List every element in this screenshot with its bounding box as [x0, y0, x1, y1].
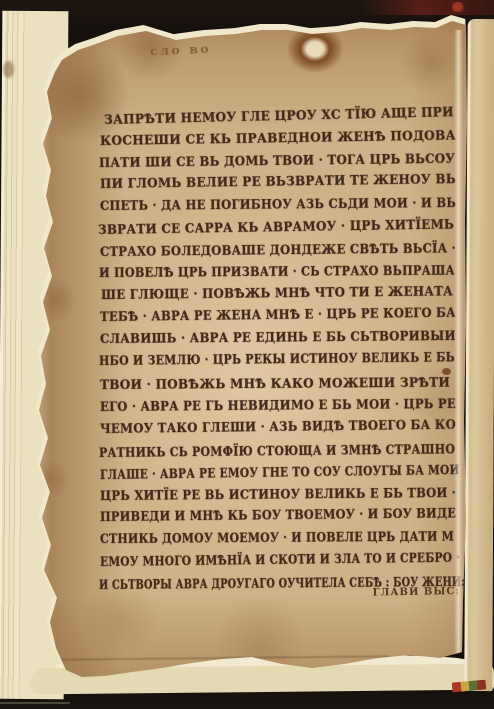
- page-curl-highlight: [454, 30, 463, 655]
- parchment-page: сло во ЗАПРѢТИ НЕМОУ ГЛЕ ЦРОУ ХС ТЇЮ АЩЕ…: [0, 0, 494, 709]
- manuscript-photo: сло во ЗАПРѢТИ НЕМОУ ГЛЕ ЦРОУ ХС ТЇЮ АЩЕ…: [0, 0, 494, 709]
- text-block: ЗАПРѢТИ НЕМОУ ГЛЕ ЦРОУ ХС ТЇЮ АЩЕ ПРИКОС…: [0, 0, 494, 709]
- manuscript-line: И ПОВЕЛѢ ЦРЬ ПРИЗВАТИ · СЬ СТРАХО ВЬПРАШ…: [99, 263, 455, 280]
- manuscript-line: СТНИКЬ ДОМОУ МОЕМОУ · И ПОВЕЛЕ ЦРЬ ДАТИ …: [100, 529, 454, 546]
- manuscript-line: ТВОИ · ПОВѢЖЬ МНѢ КАКО МОЖЕШИ ЗРѢТИ: [100, 376, 450, 393]
- facing-page-sliver: [464, 19, 494, 691]
- footer-note: ГЛАВИ ВЫС:: [352, 586, 460, 599]
- manuscript-line: РАТНИКЬ СЬ РОМФЇЮ СТОЮЩА И ЗМНѢ СТРАШНО: [99, 442, 455, 461]
- table-edge-line: [0, 702, 70, 704]
- headband-stripe-darkred: [477, 680, 487, 691]
- margin-smudge: [3, 61, 14, 78]
- manuscript-line: ЕМОУ МНОГО ИМѢНЇА И СКОТИ И ЗЛА ТО И СРЕ…: [100, 551, 460, 570]
- manuscript-line: ГЛАШЕ · АВРА РЕ ЕМОУ ГНЕ ТО СОУ СЛОУГЫ Б…: [100, 463, 460, 483]
- manuscript-line: ЕГО · АВРА РЕ ГЬ НЕВИДИМО Е БЬ МОИ · ЦРЬ…: [100, 397, 456, 415]
- manuscript-line: ТЕБѢ · АВРА РЕ ЖЕНА МНѢ Е · ЦРЬ РЕ КОЕГО…: [100, 306, 456, 325]
- headband-top: [452, 2, 466, 12]
- manuscript-line: КОСНЕШИ СЕ КЬ ПРАВЕДНОИ ЖЕНѢ ПОДОВА: [100, 129, 456, 150]
- manuscript-line: СТРАХО БОЛЕДОВАШЕ ДОНДЕЖЕ СВѢТЬ ВЬСЇА ·: [100, 241, 456, 260]
- manuscript-line: СЛАВИШЬ · АВРА РЕ ЕДИНЬ Е БЬ СЬТВОРИВЫИ: [100, 329, 456, 347]
- ink-blot: [442, 368, 451, 375]
- manuscript-line: ЦРЬ ХИТЇЕ РЕ ВЬ ИСТИНОУ ВЕЛИКЬ Е БЬ ТВОИ…: [100, 486, 456, 504]
- manuscript-line: ПАТИ ШИ СЕ ВЬ ДОМЬ ТВОИ · ТОГА ЦРЬ ВЬСОУ: [99, 152, 455, 171]
- manuscript-line: ШЕ ГЛЮЩЕ · ПОВѢЖЬ МНѢ ЧТО ТИ Е ЖЕНАТА: [101, 284, 453, 303]
- manuscript-line: СПЕТЬ · ДА НЕ ПОГИБНОУ АЗЬ СЬДИ МОИ · И …: [100, 196, 456, 214]
- binding-shadow: [360, 0, 494, 15]
- manuscript-line: ЗВРАТИ СЕ САРРА КЬ АВРАМОУ · ЦРЬ ХИТЇЕМЬ: [98, 217, 454, 238]
- manuscript-line: ПИ ГЛОМЬ ВЕЛИЕ РЕ ВЬЗВРАТИ ТЕ ЖЕНОУ ВЬ: [100, 172, 456, 192]
- manuscript-line: ЗАПРѢТИ НЕМОУ ГЛЕ ЦРОУ ХС ТЇЮ АЩЕ ПРИ: [104, 105, 454, 128]
- manuscript-line: НБО И ЗЕМЛЮ · ЦРЬ РЕКЫ ИСТИНОУ ВЕЛИКЬ Е …: [99, 350, 455, 369]
- manuscript-line: ПРИВЕДИ И МНѢ КЬ БОУ ТВОЕМОУ · И БОУ ВИД…: [100, 506, 456, 525]
- manuscript-line: ЧЕМОУ ТАКО ГЛЕШИ · АЗЬ ВИДѢ ТВОЕГО БА КО: [100, 418, 456, 437]
